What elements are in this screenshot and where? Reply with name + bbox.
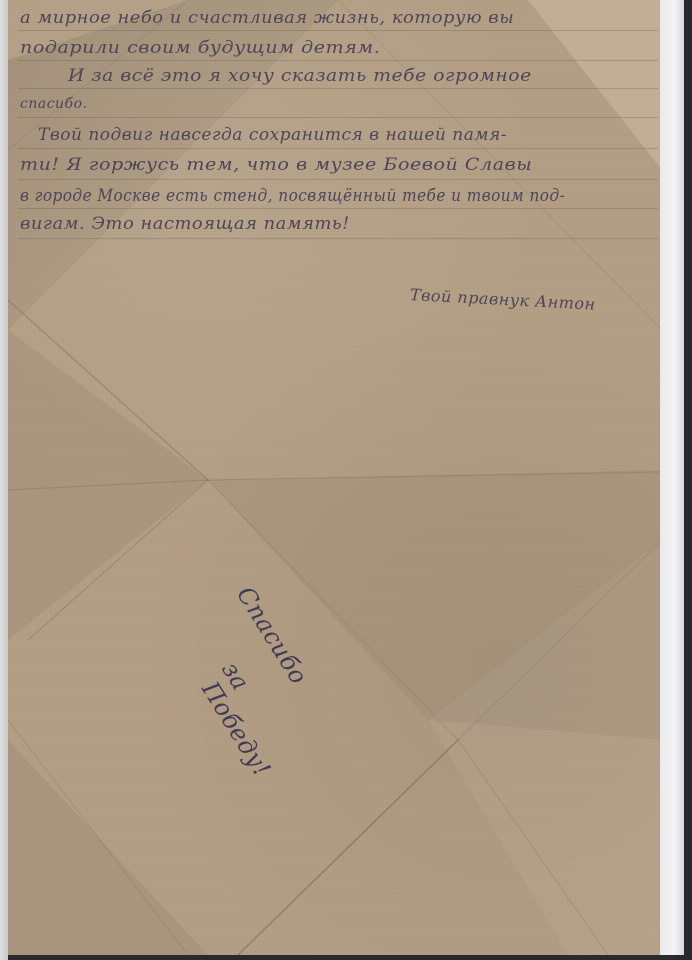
- letter-paper: а мирное небо и счастливая жизнь, котору…: [8, 0, 662, 955]
- letter-line-2: подарили своим будущим детям.: [20, 38, 380, 58]
- letter-line-8: вигам. Это настоящая память!: [20, 214, 350, 234]
- scanner-margin-left: [0, 0, 8, 960]
- letter-line-4: спасибо.: [20, 96, 88, 112]
- closing-note: Спасибо за Победу!: [203, 565, 403, 795]
- letter-line-5: Твой подвиг навсегда сохранится в нашей …: [38, 125, 507, 145]
- letter-line-1: а мирное небо и счастливая жизнь, котору…: [20, 8, 514, 28]
- letter-line-3: И за всё это я хочу сказать тебе огромно…: [68, 66, 532, 86]
- letter-line-6: ти! Я горжусь тем, что в музее Боевой Сл…: [20, 155, 532, 175]
- letter-line-7: в городе Москве есть стенд, посвящённый …: [20, 186, 565, 206]
- scanner-margin-right: [660, 0, 684, 955]
